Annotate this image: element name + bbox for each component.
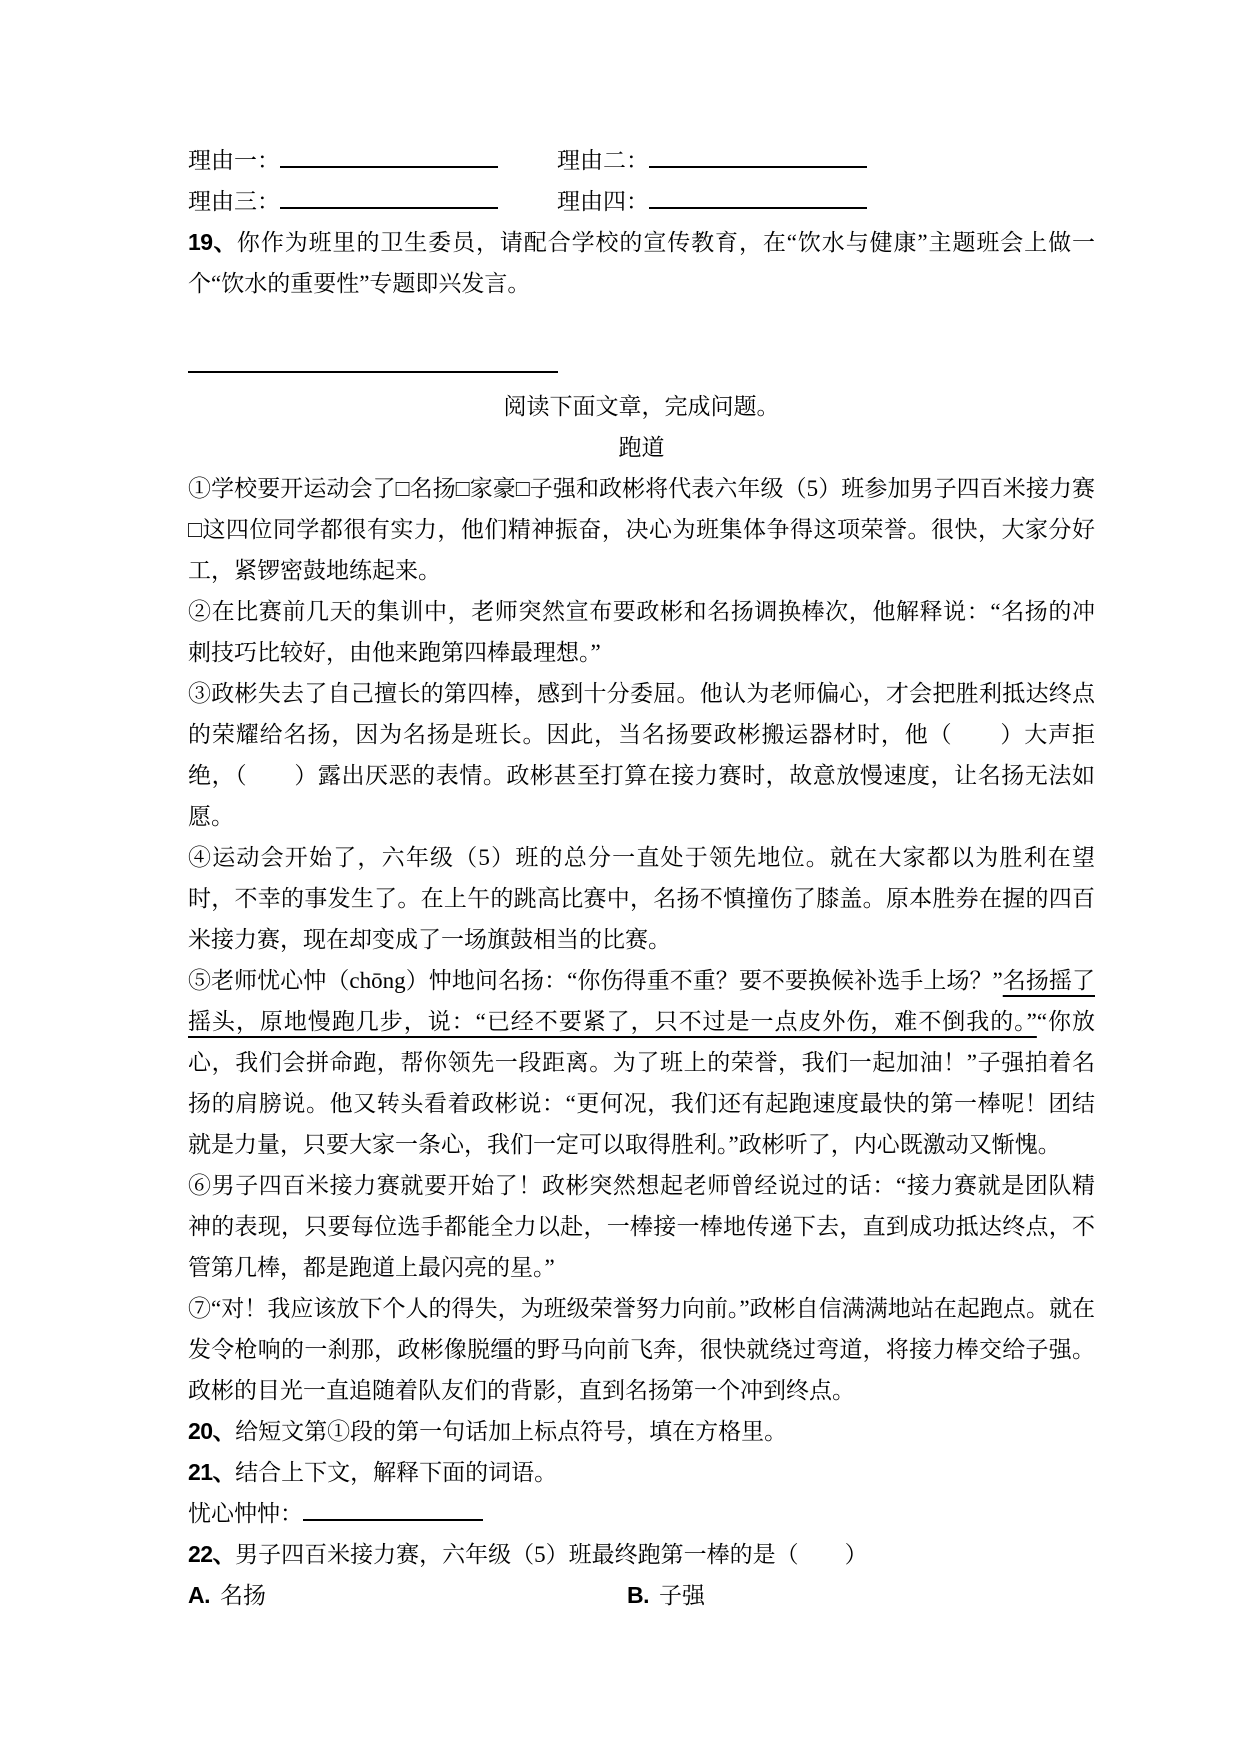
question-20: 20、给短文第①段的第一句话加上标点符号，填在方格里。 <box>188 1411 1095 1452</box>
reason-label-3: 理由三： <box>188 189 280 214</box>
passage-paragraph-6: ⑥男子四百米接力赛就要开始了！政彬突然想起老师曾经说过的话：“接力赛就是团队精神… <box>188 1165 1095 1288</box>
question-19-answer-row <box>188 345 1095 386</box>
question-19: 19、你作为班里的卫生委员，请配合学校的宣传教育，在“饮水与健康”主题班会上做一… <box>188 222 1095 304</box>
reason-label-2: 理由二： <box>557 148 649 173</box>
answer-blank <box>649 185 867 209</box>
reason-blank-3: 理由三： <box>188 181 557 222</box>
question-20-text: 给短文第①段的第一句话加上标点符号，填在方格里。 <box>235 1419 787 1444</box>
reasons-row-1: 理由一： 理由二： <box>188 140 1095 181</box>
passage-title: 跑道 <box>188 427 1095 468</box>
choice-a: A.名扬 <box>188 1575 627 1616</box>
choice-a-text: 名扬 <box>220 1583 266 1608</box>
passage-paragraph-4: ④运动会开始了，六年级（5）班的总分一直处于领先地位。就在大家都以为胜利在望时，… <box>188 837 1095 960</box>
exam-page: 理由一： 理由二： 理由三： 理由四： 19、你作为班里的卫生委员，请配合学校的… <box>0 0 1241 1754</box>
question-21-number: 21、 <box>188 1459 235 1485</box>
question-19-number: 19、 <box>188 229 237 255</box>
passage-paragraph-5: ⑤老师忧心忡（chōng）忡地问名扬：“你伤得重不重？要不要换候补选手上场？”名… <box>188 960 1095 1165</box>
choice-b-label: B. <box>627 1582 649 1608</box>
question-22-text: 男子四百米接力赛，六年级（5）班最终跑第一棒的是（ ） <box>235 1542 868 1567</box>
choices-row: A.名扬 B.子强 <box>188 1575 1095 1616</box>
answer-blank <box>280 185 498 209</box>
paragraph-5-lead: ⑤老师忧心忡（chōng）忡地问名扬：“你伤得重不重？要不要换候补选手上场？” <box>188 968 1003 993</box>
passage-paragraph-2: ②在比赛前几天的集训中，老师突然宣布要政彬和名扬调换棒次，他解释说：“名扬的冲刺… <box>188 591 1095 673</box>
vocab-row: 忧心忡忡： <box>188 1493 1095 1534</box>
passage-paragraph-3: ③政彬失去了自己擅长的第四棒，感到十分委屈。他认为老师偏心，才会把胜利抵达终点的… <box>188 673 1095 837</box>
question-19-text: 你作为班里的卫生委员，请配合学校的宣传教育，在“饮水与健康”主题班会上做一个“饮… <box>188 230 1095 296</box>
reason-blank-2: 理由二： <box>557 140 867 181</box>
question-21: 21、结合上下文，解释下面的词语。 <box>188 1452 1095 1493</box>
reason-blank-1: 理由一： <box>188 140 557 181</box>
answer-blank <box>280 144 498 168</box>
passage-paragraph-7: ⑦“对！我应该放下个人的得失，为班级荣誉努力向前。”政彬自信满满地站在起跑点。就… <box>188 1288 1095 1411</box>
answer-blank <box>303 1497 483 1521</box>
vocab-term: 忧心忡忡： <box>188 1501 303 1526</box>
answer-blank-line <box>188 349 558 373</box>
choice-b: B.子强 <box>627 1575 705 1616</box>
reasons-row-2: 理由三： 理由四： <box>188 181 1095 222</box>
question-21-text: 结合上下文，解释下面的词语。 <box>235 1460 557 1485</box>
reason-blank-4: 理由四： <box>557 181 867 222</box>
choice-b-text: 子强 <box>659 1583 705 1608</box>
reason-label-1: 理由一： <box>188 148 280 173</box>
answer-blank <box>649 144 867 168</box>
reading-instruction: 阅读下面文章，完成问题。 <box>188 386 1095 427</box>
question-22: 22、男子四百米接力赛，六年级（5）班最终跑第一棒的是（ ） <box>188 1534 1095 1575</box>
passage-paragraph-1: ①学校要开运动会了□名扬□家豪□子强和政彬将代表六年级（5）班参加男子四百米接力… <box>188 468 1095 591</box>
reason-label-4: 理由四： <box>557 189 649 214</box>
choice-a-label: A. <box>188 1582 210 1608</box>
question-20-number: 20、 <box>188 1418 235 1444</box>
question-22-number: 22、 <box>188 1541 235 1567</box>
